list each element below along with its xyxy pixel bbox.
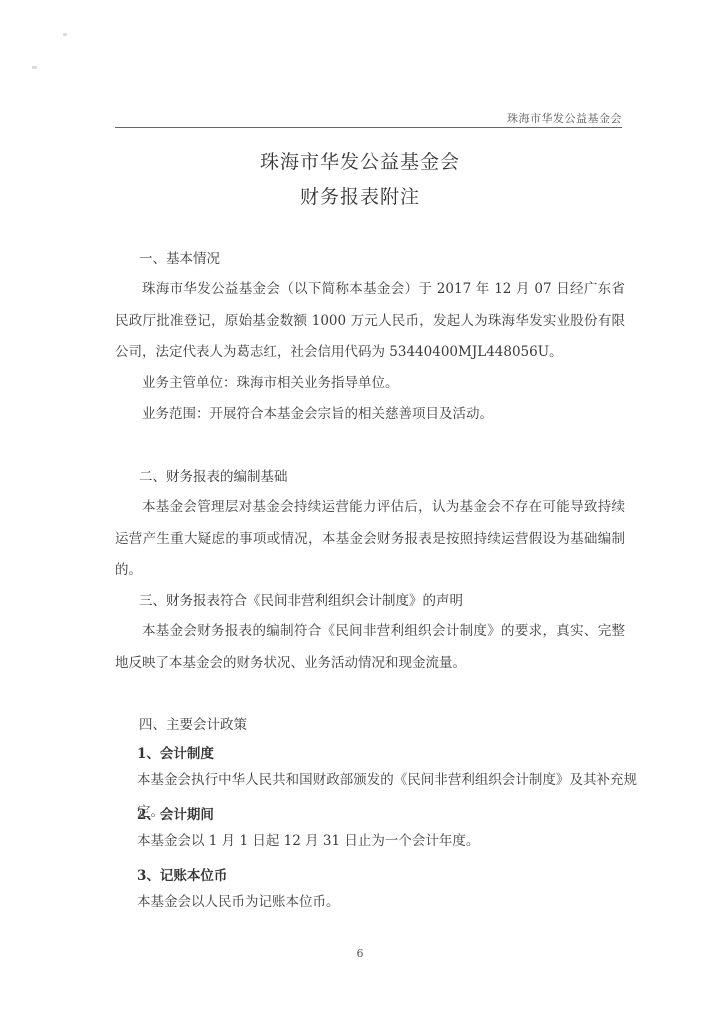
subheading-accounting-system: 1、会计制度 <box>137 742 214 762</box>
subheading-currency: 3、记账本位币 <box>137 864 227 884</box>
section-heading-policies: 四、主要会计政策 <box>139 713 247 733</box>
running-header: 珠海市华发公益基金会 <box>480 110 622 126</box>
document-subtitle: 财务报表附注 <box>0 182 720 209</box>
scan-artifact <box>32 66 37 69</box>
header-rule <box>115 127 622 128</box>
subheading-accounting-period: 2、会计期间 <box>137 803 214 823</box>
paragraph-supervisor: 业务主管单位：珠海市相关业务指导单位。 <box>115 368 625 400</box>
document-page: 珠海市华发公益基金会 珠海市华发公益基金会 财务报表附注 一、基本情况 珠海市华… <box>0 0 720 1019</box>
section-heading-basic-info: 一、基本情况 <box>139 247 220 267</box>
page-number: 6 <box>0 947 720 960</box>
document-title: 珠海市华发公益基金会 <box>0 147 720 174</box>
paragraph-basic-info: 珠海市华发公益基金会（以下简称本基金会）于 2017 年 12 月 07 日经广… <box>115 274 625 369</box>
paragraph-currency: 本基金会以人民币为记账本位币。 <box>137 887 637 919</box>
scan-artifact <box>63 33 67 36</box>
paragraph-business-scope: 业务范围：开展符合本基金会宗旨的相关慈善项目及活动。 <box>115 399 625 431</box>
paragraph-accounting-period: 本基金会以 1 月 1 日起 12 月 31 日止为一个会计年度。 <box>137 826 637 858</box>
section-heading-basis: 二、财务报表的编制基础 <box>139 465 288 485</box>
paragraph-basis: 本基金会管理层对基金会持续运营能力评估后，认为基金会不存在可能导致持续运营产生重… <box>115 492 625 587</box>
paragraph-compliance: 本基金会财务报表的编制符合《民间非营利组织会计制度》的要求，真实、完整地反映了本… <box>115 616 625 679</box>
section-heading-compliance: 三、财务报表符合《民间非营利组织会计制度》的声明 <box>139 589 463 609</box>
